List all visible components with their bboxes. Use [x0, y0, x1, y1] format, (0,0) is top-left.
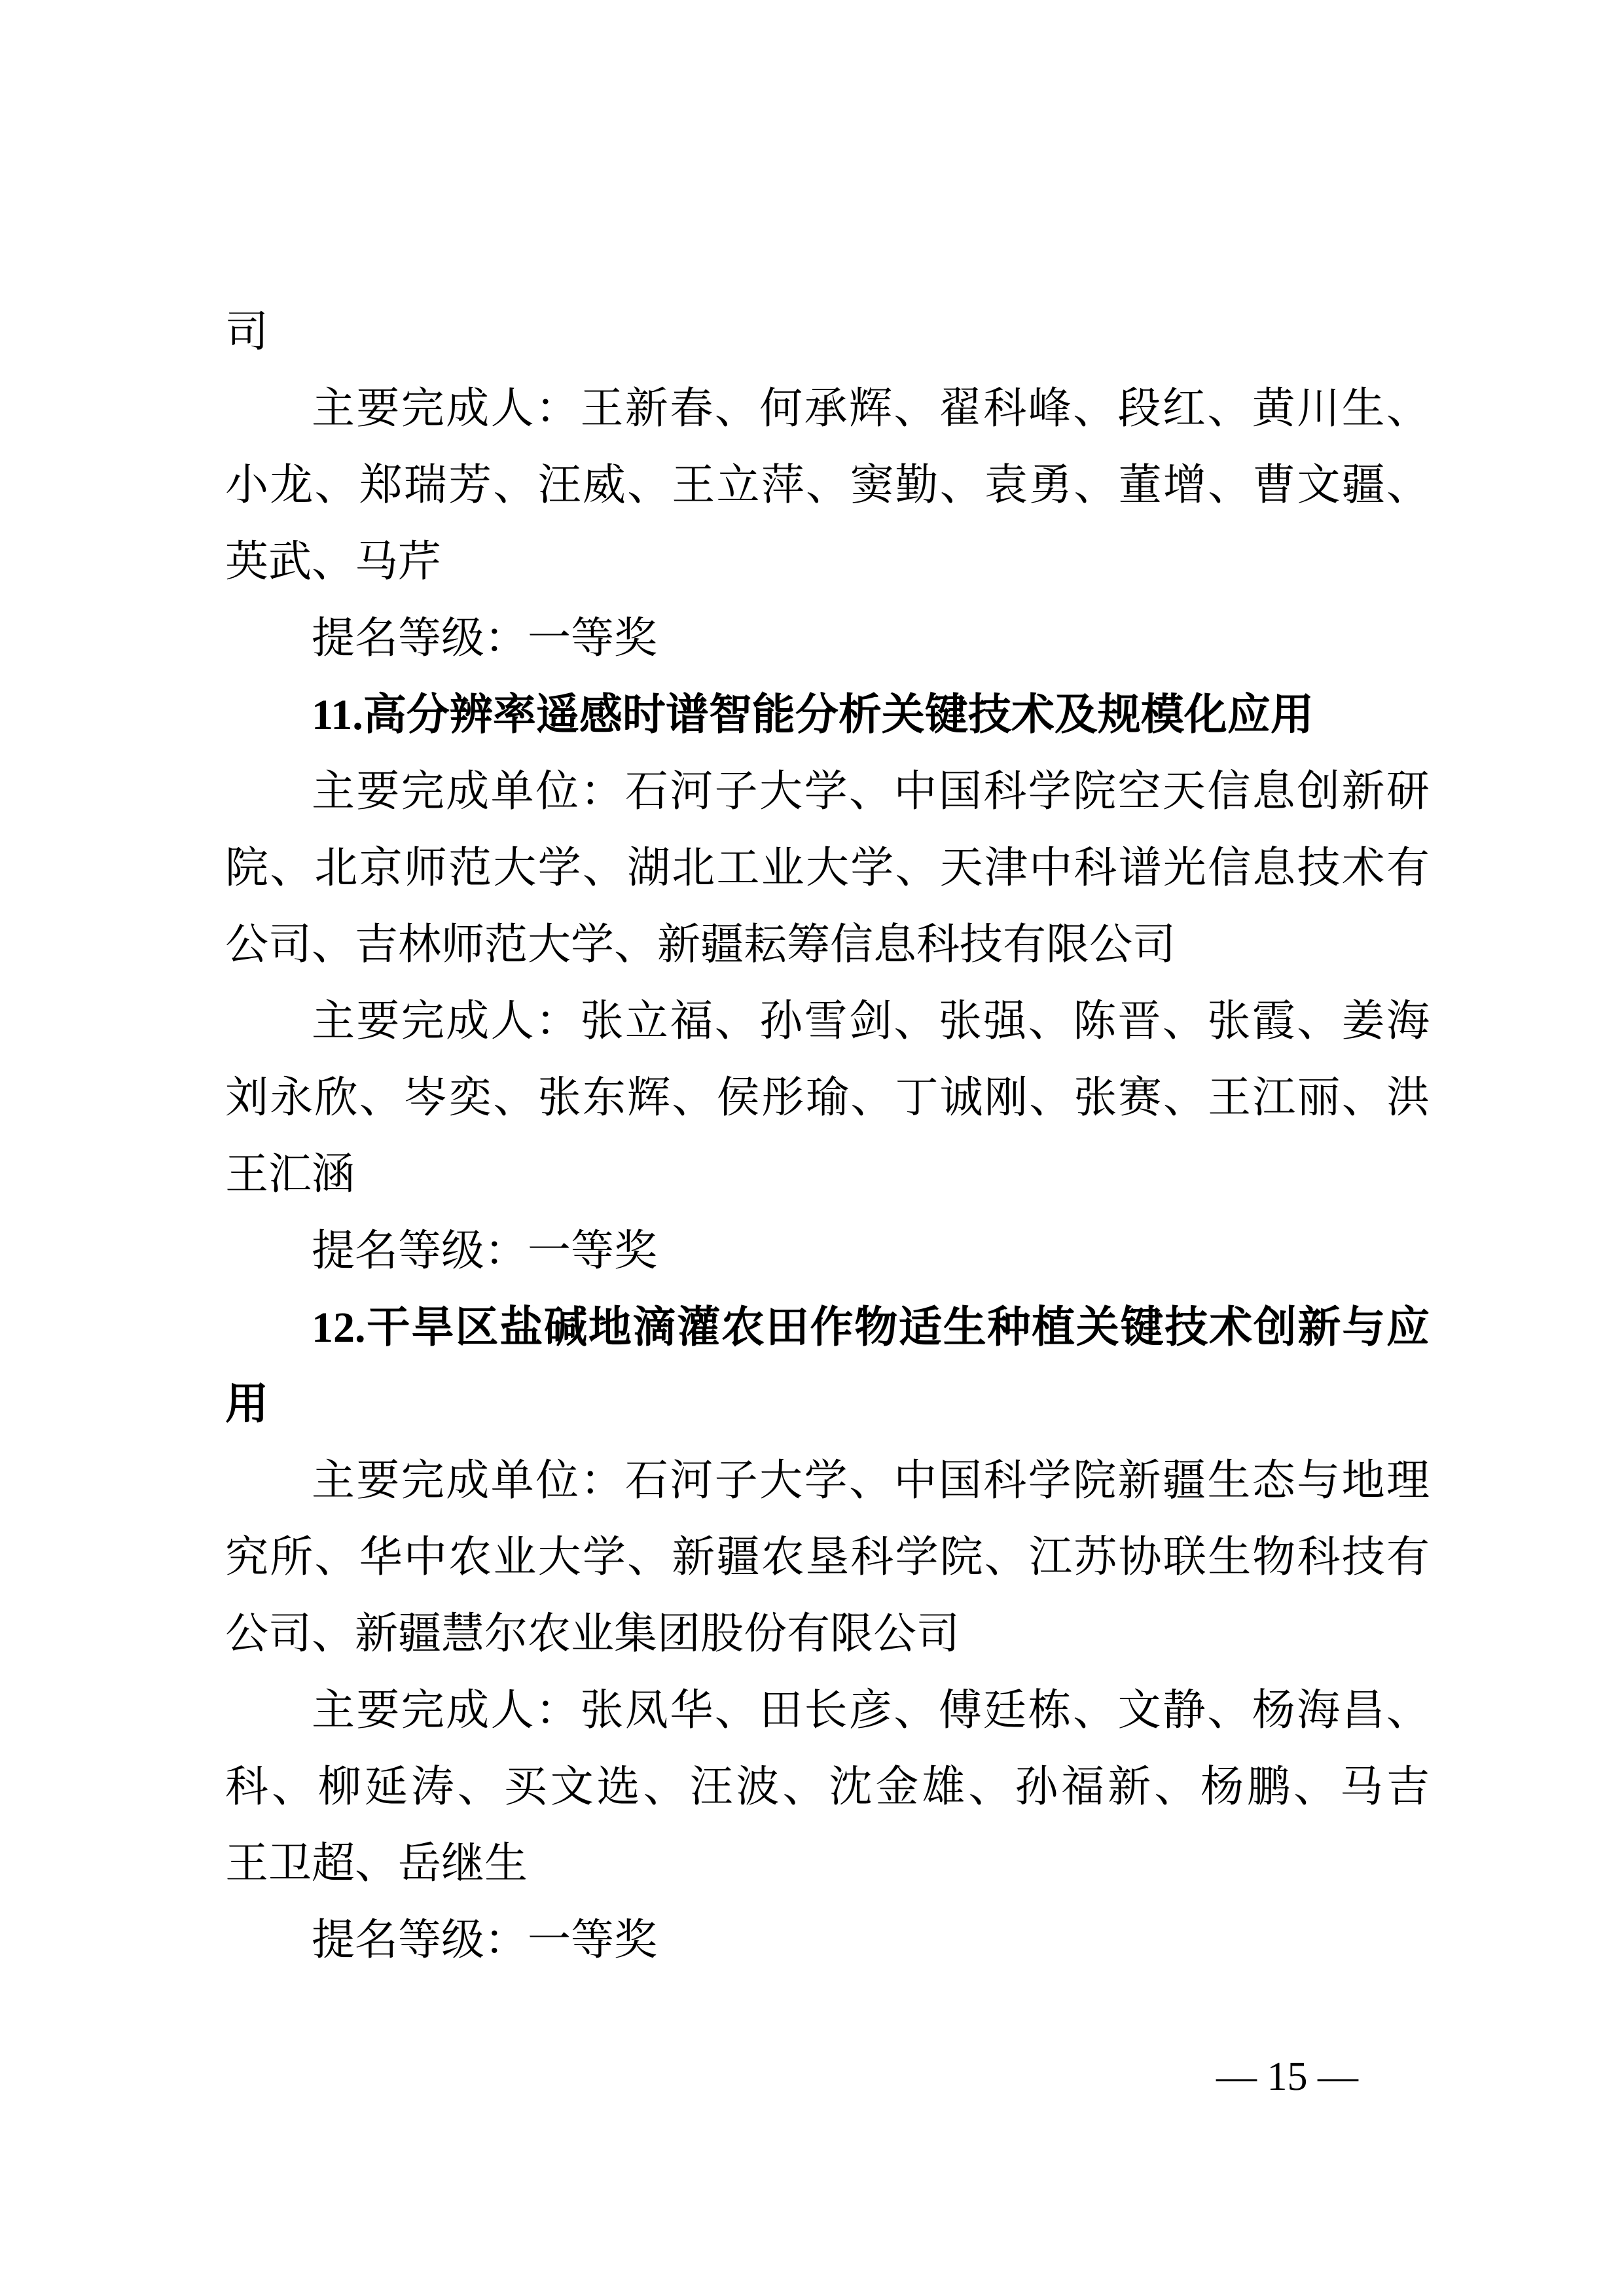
line-units-tail-item10: 司 [225, 294, 1430, 370]
line-completers-item11-1: 主要完成人：张立福、孙雪剑、张强、陈晋、张霞、姜海玲、 [225, 983, 1430, 1060]
line-units-item11-3: 公司、吉林师范大学、新疆耘筹信息科技有限公司 [225, 906, 1430, 983]
line-units-item12-2: 究所、华中农业大学、新疆农垦科学院、江苏协联生物科技有限 [225, 1519, 1430, 1596]
document-page: { "document": { "background_color": "#ff… [0, 0, 1624, 2296]
line-completers-item10-3: 英武、马芹 [225, 524, 1430, 600]
document-body: 司 主要完成人：王新春、何承辉、翟科峰、段红、黄川生、康 小龙、郑瑞芳、汪威、王… [225, 294, 1430, 1979]
line-title-item12-2: 用 [225, 1366, 1430, 1443]
line-completers-item12-1: 主要完成人：张凤华、田长彦、傅廷栋、文静、杨海昌、张 [225, 1672, 1430, 1749]
line-title-item11: 11.高分辨率遥感时谱智能分析关键技术及规模化应用 [225, 677, 1430, 753]
line-grade-item10: 提名等级：一等奖 [225, 600, 1430, 677]
line-completers-item12-3: 王卫超、岳继生 [225, 1825, 1430, 1902]
page-number: — 15 — [1216, 2054, 1399, 2099]
line-units-item12-1: 主要完成单位：石河子大学、中国科学院新疆生态与地理研 [225, 1443, 1430, 1519]
line-completers-item10-1: 主要完成人：王新春、何承辉、翟科峰、段红、黄川生、康 [225, 370, 1430, 447]
line-completers-item12-2: 科、柳延涛、买文选、汪波、沈金雄、孙福新、杨鹏、马吉伟、 [225, 1749, 1430, 1825]
line-units-item11-1: 主要完成单位：石河子大学、中国科学院空天信息创新研究 [225, 753, 1430, 830]
line-title-item12-1: 12.干旱区盐碱地滴灌农田作物适生种植关键技术创新与应 [225, 1289, 1430, 1366]
line-completers-item11-3: 王汇涵 [225, 1136, 1430, 1213]
line-completers-item11-2: 刘永欣、岑奕、张东辉、侯彤瑜、丁诚刚、张赛、王江丽、洪帅、 [225, 1060, 1430, 1136]
line-completers-item10-2: 小龙、郑瑞芳、汪威、王立萍、窦勤、袁勇、董增、曹文疆、唐 [225, 447, 1430, 524]
line-units-item12-3: 公司、新疆慧尔农业集团股份有限公司 [225, 1596, 1430, 1672]
line-units-item11-2: 院、北京师范大学、湖北工业大学、天津中科谱光信息技术有限 [225, 830, 1430, 906]
line-grade-item12: 提名等级：一等奖 [225, 1902, 1430, 1979]
line-grade-item11: 提名等级：一等奖 [225, 1213, 1430, 1289]
